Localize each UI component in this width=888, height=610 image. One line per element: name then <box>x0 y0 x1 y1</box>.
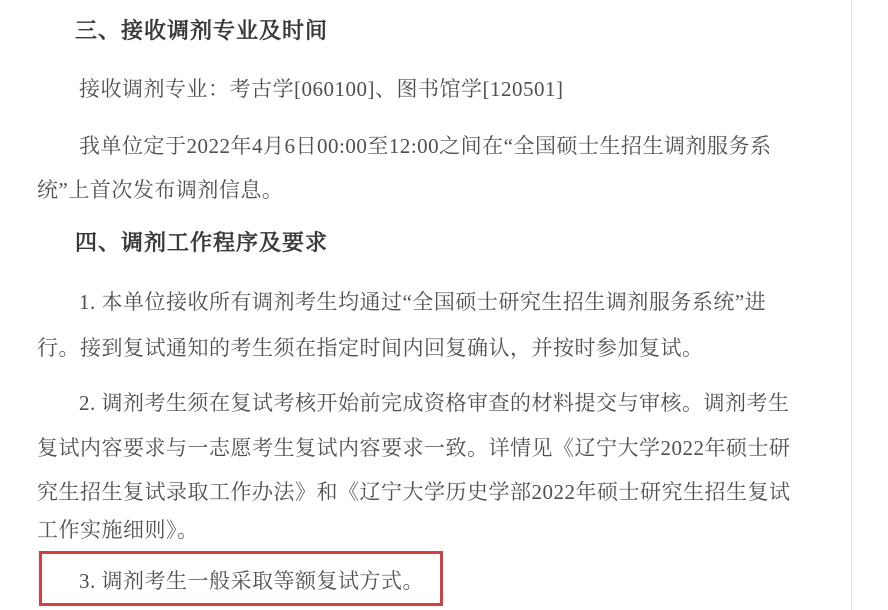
procedure-item-3-highlighted: 3. 调剂考生一般采取等额复试方式。 <box>79 568 424 594</box>
accepted-majors-line: 接收调剂专业：考古学[060100]、图书馆学[120501] <box>79 76 563 102</box>
release-time-paragraph-line-2: 统”上首次发布调剂信息。 <box>37 177 283 203</box>
release-time-paragraph-line-1: 我单位定于2022年4月6日00:00至12:00之间在“全国硕士生招生调剂服务… <box>79 133 772 159</box>
procedure-item-2-line-4: 工作实施细则》。 <box>37 517 199 543</box>
procedure-item-2-line-1: 2. 调剂考生须在复试考核开始前完成资格审查的材料提交与审核。调剂考生 <box>79 390 790 416</box>
procedure-item-1-line-1: 1. 本单位接收所有调剂考生均通过“全国硕士研究生招生调剂服务系统”进 <box>79 289 766 315</box>
procedure-item-2-line-3: 究生招生复试录取工作办法》和《辽宁大学历史学部2022年硕士研究生招生复试 <box>37 479 791 505</box>
document-page: 三、接收调剂专业及时间 接收调剂专业：考古学[060100]、图书馆学[1205… <box>0 0 888 610</box>
section-4-heading: 四、调剂工作程序及要求 <box>75 229 328 257</box>
procedure-item-2-line-2: 复试内容要求与一志愿考生复试内容要求一致。详情见《辽宁大学2022年硕士研 <box>37 435 791 461</box>
procedure-item-1-line-2: 行。接到复试通知的考生须在指定时间内回复确认，并按时参加复试。 <box>37 335 704 361</box>
page-edge-divider <box>851 0 852 610</box>
section-3-heading: 三、接收调剂专业及时间 <box>75 17 328 45</box>
